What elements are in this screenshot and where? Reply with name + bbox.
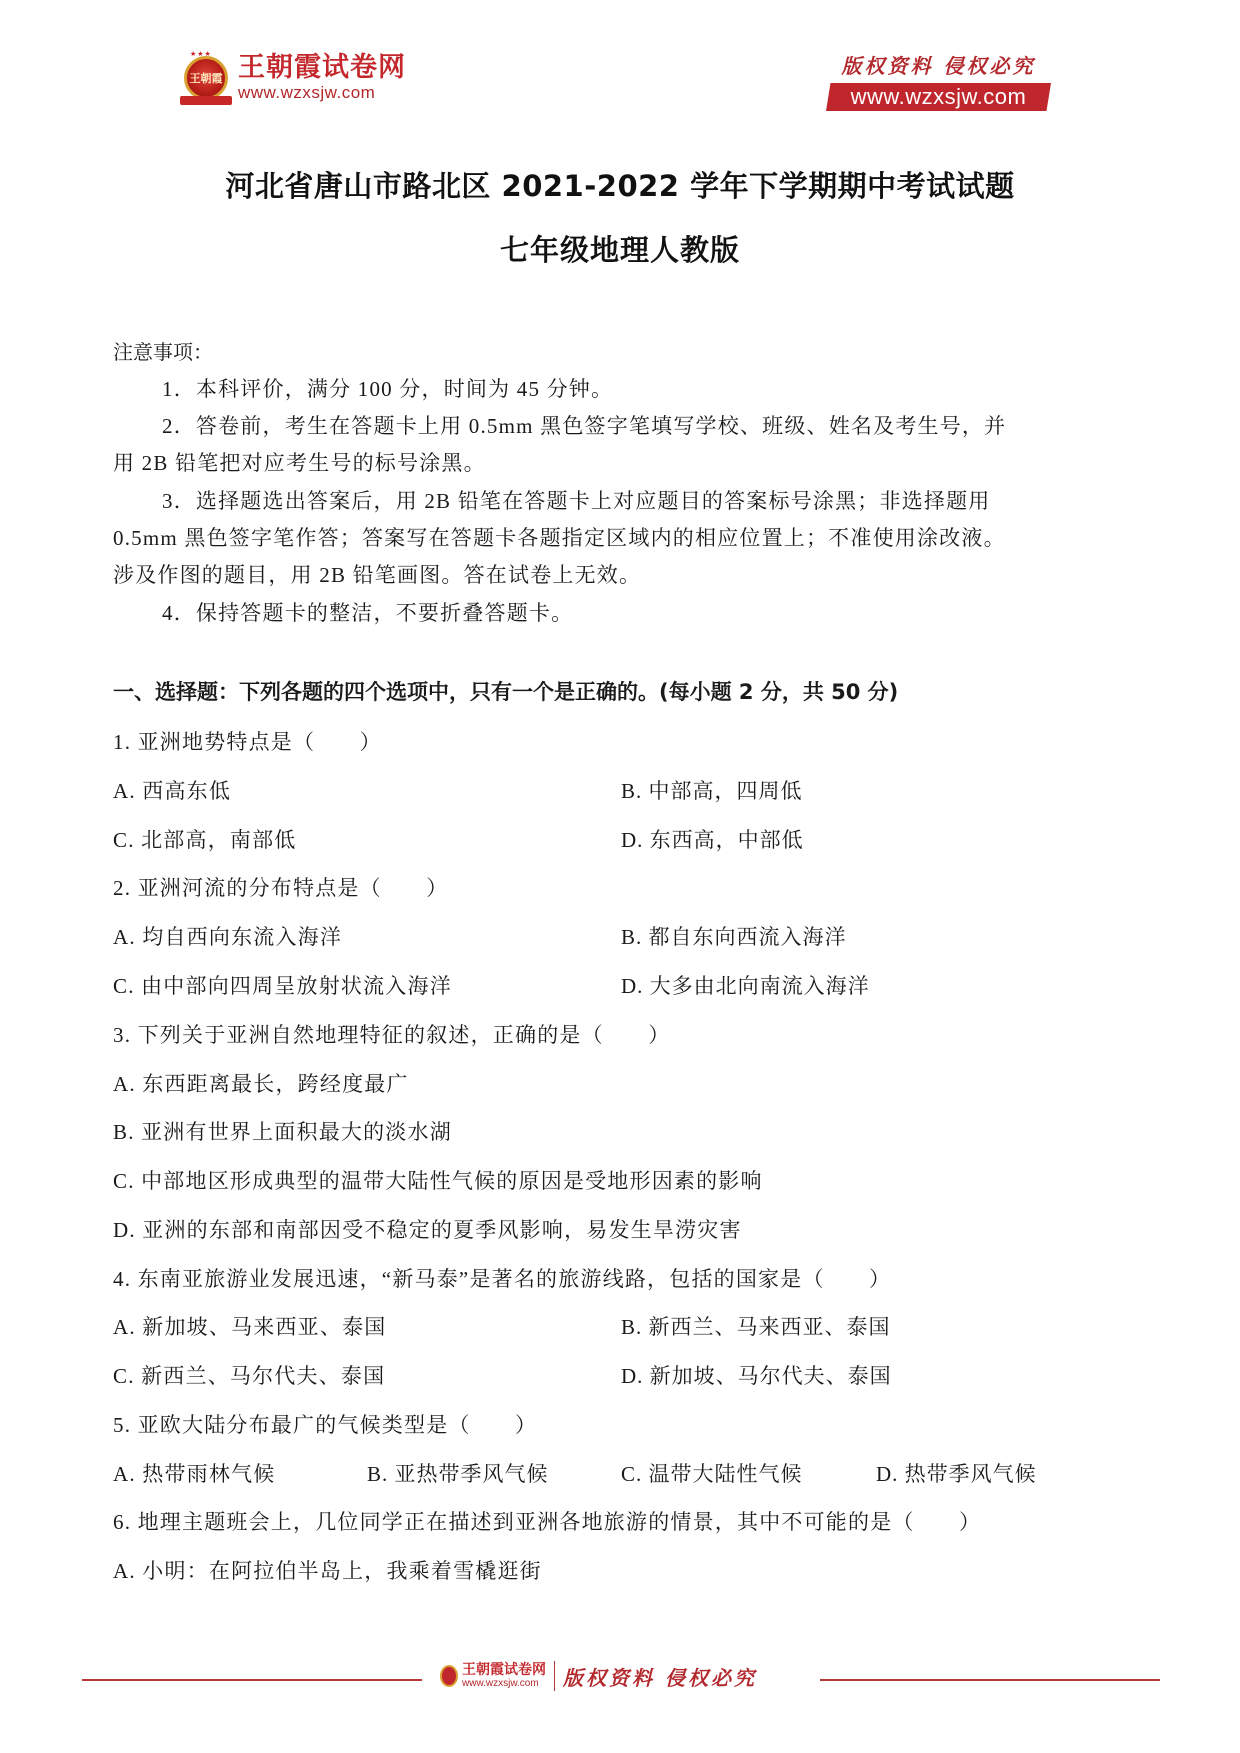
question-stem: 4. 东南亚旅游业发展迅速，“新马泰”是著名的旅游线路，包括的国家是（ ） (113, 1263, 891, 1293)
notice-item: 4．保持答题卡的整洁，不要折叠答题卡。 (162, 597, 573, 627)
question-stem: 1. 亚洲地势特点是（ ） (113, 726, 382, 756)
footer-separator (554, 1661, 555, 1691)
option-b: B. 中部高，四周低 (621, 775, 803, 805)
option-b: B. 新西兰、马来西亚、泰国 (621, 1311, 891, 1341)
copyright-block: 版权资料 侵权必究 www.wzxsjw.com (826, 50, 1051, 111)
option-d: D. 东西高，中部低 (621, 824, 804, 854)
notice-item: 1．本科评价，满分 100 分，时间为 45 分钟。 (162, 373, 613, 403)
option-a: A. 东西距离最长，跨经度最广 (113, 1068, 409, 1098)
option-b: B. 亚洲有世界上面积最大的淡水湖 (113, 1116, 452, 1146)
option-d: D. 亚洲的东部和南部因受不稳定的夏季风影响，易发生旱涝灾害 (113, 1214, 742, 1244)
footer-logo-url[interactable]: www.wzxsjw.com (462, 1678, 546, 1690)
notice-heading: 注意事项： (113, 336, 213, 365)
footer-divider-right (820, 1679, 1160, 1681)
question-stem: 5. 亚欧大陆分布最广的气候类型是（ ） (113, 1409, 537, 1439)
copyright-url-banner[interactable]: www.wzxsjw.com (826, 83, 1051, 111)
notice-item: 3．选择题选出答案后，用 2B 铅笔在答题卡上对应题目的答案标号涂黑；非选择题用 (162, 485, 991, 515)
badge-text: 王朝霞 (190, 70, 223, 86)
document-title: 河北省唐山市路北区 2021-2022 学年下学期期中考试试题 (0, 164, 1240, 205)
notice-item: 涉及作图的题目，用 2B 铅笔画图。答在试卷上无效。 (113, 559, 641, 589)
footer-logo[interactable]: 王朝霞试卷网 www.wzxsjw.com 版权资料 侵权必究 (440, 1661, 757, 1691)
option-c: C. 新西兰、马尔代夫、泰国 (113, 1360, 385, 1390)
footer-divider-left (82, 1679, 422, 1681)
option-a: A. 小明：在阿拉伯半岛上，我乘着雪橇逛街 (113, 1555, 542, 1585)
option-c: C. 温带大陆性气候 (621, 1458, 803, 1488)
option-d: D. 热带季风气候 (876, 1458, 1037, 1488)
option-a: A. 均自西向东流入海洋 (113, 921, 342, 951)
option-b: B. 都自东向西流入海洋 (621, 921, 847, 951)
option-c: C. 北部高，南部低 (113, 824, 297, 854)
notice-item: 2．答卷前，考生在答题卡上用 0.5mm 黑色签字笔填写学校、班级、姓名及考生号… (162, 410, 1006, 440)
notice-item: 0.5mm 黑色签字笔作答；答案写在答题卡各题指定区域内的相应位置上；不准使用涂… (113, 522, 1006, 552)
option-a: A. 热带雨林气候 (113, 1458, 275, 1488)
footer-badge-icon (440, 1665, 458, 1687)
option-c: C. 中部地区形成典型的温带大陆性气候的原因是受地形因素的影响 (113, 1165, 763, 1195)
option-c: C. 由中部向四周呈放射状流入海洋 (113, 970, 452, 1000)
footer-slogan: 版权资料 侵权必究 (563, 1662, 757, 1691)
logo-url[interactable]: www.wzxsjw.com (238, 83, 406, 103)
option-a: A. 西高东低 (113, 775, 231, 805)
question-stem: 2. 亚洲河流的分布特点是（ ） (113, 872, 448, 902)
footer-logo-name: 王朝霞试卷网 (462, 1662, 546, 1678)
option-b: B. 亚热带季风气候 (367, 1458, 549, 1488)
question-stem: 6. 地理主题班会上，几位同学正在描述到亚洲各地旅游的情景，其中不可能的是（ ） (113, 1506, 981, 1536)
document-subtitle: 七年级地理人教版 (0, 228, 1240, 269)
site-logo[interactable]: ★★★ 王朝霞 王朝霞试卷网 www.wzxsjw.com (182, 50, 406, 106)
medal-icon: 王朝霞 (184, 56, 228, 100)
section-heading: 一、选择题：下列各题的四个选项中，只有一个是正确的。(每小题 2 分，共 50 … (113, 676, 898, 706)
notice-item: 用 2B 铅笔把对应考生号的标号涂黑。 (113, 447, 486, 477)
logo-name: 王朝霞试卷网 (238, 53, 406, 83)
logo-badge-icon: ★★★ 王朝霞 (182, 50, 230, 106)
copyright-slogan: 版权资料 侵权必究 (826, 50, 1051, 79)
ribbon-icon (180, 96, 232, 105)
option-d: D. 新加坡、马尔代夫、泰国 (621, 1360, 892, 1390)
option-d: D. 大多由北向南流入海洋 (621, 970, 870, 1000)
option-a: A. 新加坡、马来西亚、泰国 (113, 1311, 386, 1341)
question-stem: 3. 下列关于亚洲自然地理特征的叙述，正确的是（ ） (113, 1019, 670, 1049)
